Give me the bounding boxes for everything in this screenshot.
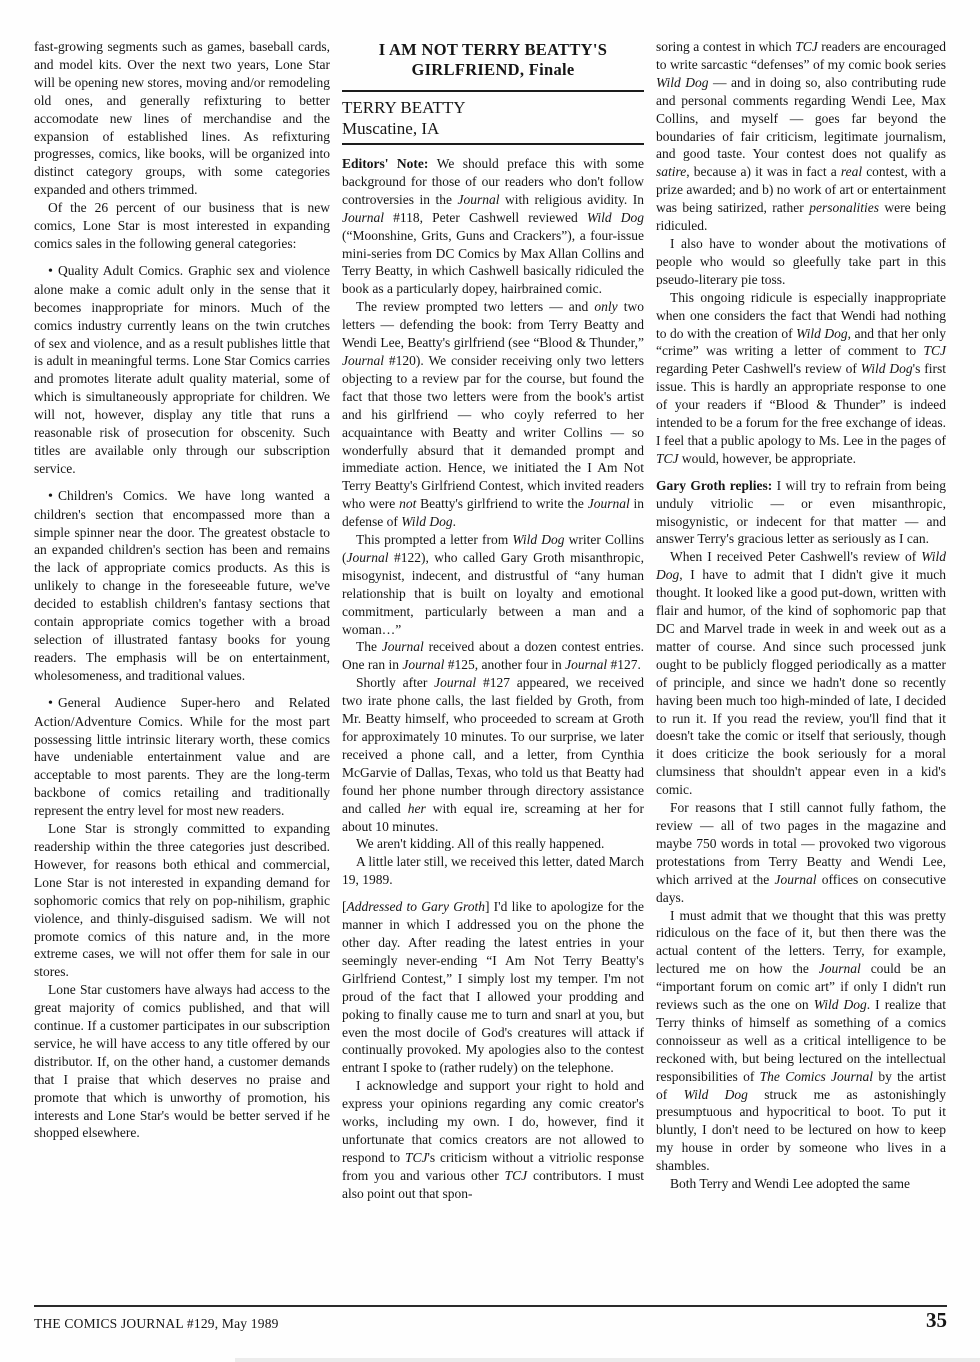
text-run: Beatty's girlfriend to write the (416, 496, 587, 511)
paragraph: I acknowledge and support your right to … (342, 1077, 644, 1202)
column-right: soring a contest in which TCJ readers ar… (656, 38, 946, 1203)
paragraph: When I received Peter Cashwell's review … (656, 548, 946, 799)
text-run: not (399, 496, 416, 511)
text-run: Of the 26 percent of our business that i… (34, 200, 330, 251)
text-run: would, however, be appropriate. (679, 451, 857, 466)
text-run: #118, Peter Cashwell reviewed (384, 210, 587, 225)
text-run: Journal (457, 192, 499, 207)
text-run: regarding Peter Cashwell's review of (656, 361, 861, 376)
letter-title-line2: GIRLFRIEND, Finale (342, 60, 644, 80)
paragraph: The review prompted two letters — and on… (342, 298, 644, 531)
paragraph: Lone Star is strongly committed to expan… (34, 820, 330, 981)
text-run: Quality Adult Comics. Graphic sex and vi… (34, 263, 330, 476)
paragraph: For reasons that I still cannot fully fa… (656, 799, 946, 906)
text-run: Journal (819, 961, 861, 976)
text-run: #127. (607, 657, 641, 672)
bullet-paragraph: •Children's Comics. We have long wanted … (34, 487, 330, 685)
text-run: TCJ (656, 451, 679, 466)
text-run: I also have to wonder about the motivati… (656, 236, 946, 287)
column-layout: fast-growing segments such as games, bas… (34, 38, 946, 1203)
text-run: The review prompted two letters — and (356, 299, 594, 314)
paragraph: fast-growing segments such as games, bas… (34, 38, 330, 199)
paragraph: [Addressed to Gary Groth] I'd like to ap… (342, 898, 644, 1077)
text-run: fast-growing segments such as games, bas… (34, 39, 330, 197)
text-run: satire (656, 164, 686, 179)
author-block: TERRY BEATTY Muscatine, IA (342, 97, 644, 139)
column-middle: I AM NOT TERRY BEATTY'S GIRLFRIEND, Fina… (342, 38, 644, 1203)
column-left: fast-growing segments such as games, bas… (34, 38, 330, 1203)
footer-journal-line: THE COMICS JOURNAL #129, May 1989 (34, 1316, 279, 1332)
text-run: Journal (342, 210, 384, 225)
page-number: 35 (926, 1308, 947, 1333)
text-run: Journal (402, 657, 444, 672)
author-name: TERRY BEATTY (342, 97, 644, 118)
paragraph: Gary Groth replies: I will try to refrai… (656, 477, 946, 549)
letter-heading: I AM NOT TERRY BEATTY'S GIRLFRIEND, Fina… (342, 40, 644, 145)
paragraph: soring a contest in which TCJ readers ar… (656, 38, 946, 235)
author-location: Muscatine, IA (342, 118, 644, 139)
text-run: TCJ (923, 343, 946, 358)
paragraph: The Journal received about a dozen conte… (342, 638, 644, 674)
paragraph: I also have to wonder about the motivati… (656, 235, 946, 289)
text-run: Shortly after (356, 675, 434, 690)
text-run: , I have to admit that I didn't give it … (656, 567, 946, 797)
text-run: Journal (342, 353, 384, 368)
text-run: her (408, 801, 426, 816)
text-run: TCJ (405, 1150, 428, 1165)
paragraph: Lone Star customers have always had acce… (34, 981, 330, 1142)
column-middle-text: Editors' Note: We should preface this wi… (342, 155, 644, 1203)
text-run: only (594, 299, 617, 314)
text-run: TCJ (795, 39, 818, 54)
text-run: Both Terry and Wendi Lee adopted the sam… (670, 1176, 910, 1191)
letter-title-line1: I AM NOT TERRY BEATTY'S (342, 40, 644, 60)
paragraph: I must admit that we thought that this w… (656, 907, 946, 1176)
paragraph: We aren't kidding. All of this really ha… (342, 835, 644, 853)
paragraph: Shortly after Journal #127 appeared, we … (342, 674, 644, 835)
text-run: (“Moonshine, Grits, Guns and Crackers”),… (342, 228, 644, 297)
text-run: personalities (809, 200, 879, 215)
text-run: Lone Star customers have always had acce… (34, 982, 330, 1140)
text-run: General Audience Super-hero and Related … (34, 695, 330, 818)
text-run: Journal (382, 639, 424, 654)
text-run: Lone Star is strongly committed to expan… (34, 821, 330, 979)
text-run: Wild Dog (684, 1087, 748, 1102)
text-run: Wild Dog (796, 326, 848, 341)
paragraph: A little later still, we received this l… (342, 853, 644, 889)
text-run: This prompted a letter from (356, 532, 512, 547)
paragraph: Editors' Note: We should preface this wi… (342, 155, 644, 298)
bullet-icon: • (48, 263, 53, 279)
text-run: The Comics Journal (760, 1069, 873, 1084)
text-run: #125, another four in (444, 657, 565, 672)
heading-rule-top (342, 90, 644, 92)
text-run: Wild Dog (861, 361, 913, 376)
letter-title: I AM NOT TERRY BEATTY'S GIRLFRIEND, Fina… (342, 40, 644, 80)
text-run: TCJ (505, 1168, 528, 1183)
text-run: #120). We consider receiving only two le… (342, 353, 644, 511)
magazine-page: fast-growing segments such as games, bas… (0, 0, 980, 1362)
text-run: Journal (588, 496, 630, 511)
text-run: A little later still, we received this l… (342, 854, 644, 887)
text-run: #127 appeared, we received two irate pho… (342, 675, 644, 815)
scan-edge-artifact (235, 1358, 980, 1362)
paragraph: This prompted a letter from Wild Dog wri… (342, 531, 644, 638)
text-run: ] I'd like to apologize for the manner i… (342, 899, 644, 1075)
text-run: Gary Groth replies: (656, 478, 777, 493)
text-run: , because a) it was in fact a (686, 164, 841, 179)
text-run: Journal (565, 657, 607, 672)
text-run: The (356, 639, 382, 654)
text-run: Wild Dog (587, 210, 644, 225)
heading-rule-bottom (342, 143, 644, 145)
text-run: Children's Comics. We have long wanted a… (34, 488, 330, 683)
paragraph: This ongoing ridicule is especially inap… (656, 289, 946, 468)
text-run: Wild Dog (512, 532, 564, 547)
text-run: When I received Peter Cashwell's review … (670, 549, 921, 564)
footer-rule (34, 1305, 947, 1307)
text-run: Journal (347, 550, 389, 565)
text-run: . (453, 514, 456, 529)
text-run: with religious avidity. In (499, 192, 644, 207)
text-run: real (841, 164, 862, 179)
text-run: Editors' Note: (342, 156, 437, 171)
bullet-icon: • (48, 695, 53, 711)
text-run: Journal (434, 675, 476, 690)
text-run: We aren't kidding. All of this really ha… (356, 836, 604, 851)
text-run: soring a contest in which (656, 39, 795, 54)
text-run: Wild Dog (401, 514, 452, 529)
text-run: Wild Dog (656, 75, 709, 90)
bullet-paragraph: •General Audience Super-hero and Related… (34, 694, 330, 820)
paragraph: Of the 26 percent of our business that i… (34, 199, 330, 253)
text-run: Addressed to Gary Groth (347, 899, 485, 914)
text-run: Journal (775, 872, 817, 887)
paragraph: Both Terry and Wendi Lee adopted the sam… (656, 1175, 946, 1193)
bullet-icon: • (48, 488, 53, 504)
bullet-paragraph: •Quality Adult Comics. Graphic sex and v… (34, 262, 330, 478)
text-run: Wild Dog (814, 997, 867, 1012)
